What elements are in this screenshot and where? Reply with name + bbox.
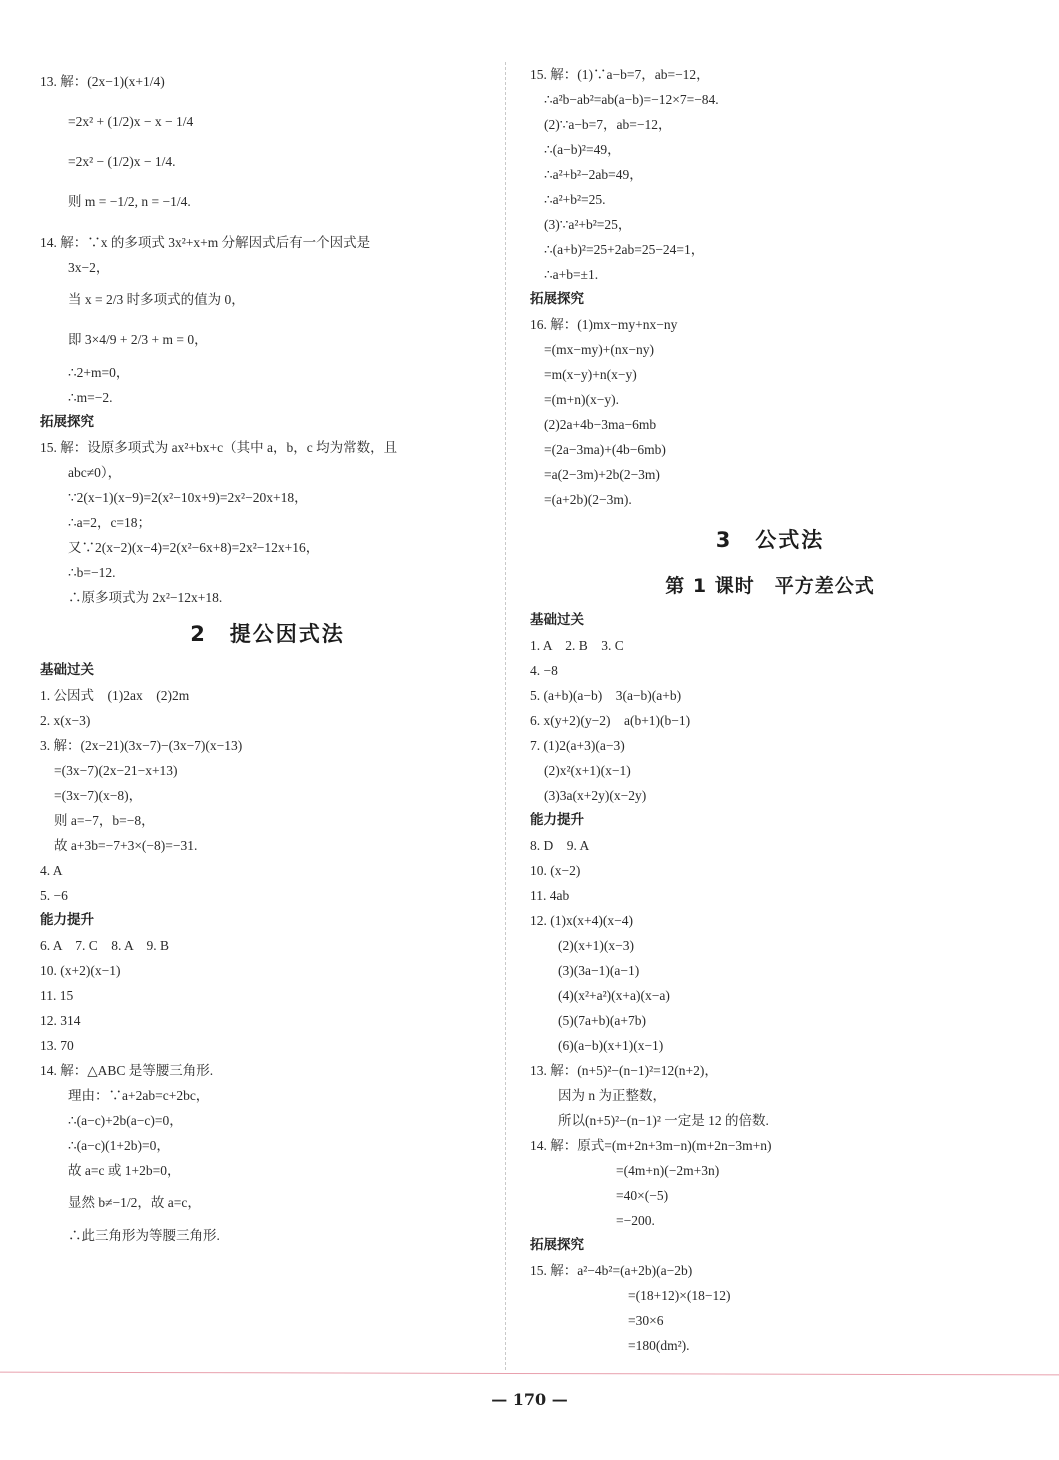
answer-line: 1. A 2. B 3. C (530, 633, 1010, 658)
answer-15-line: ∴(a−b)²=49， (530, 137, 1010, 162)
footer-rule (0, 1372, 1059, 1376)
section-heading-basic: 基础过关 (40, 658, 495, 683)
chapter-title: 2 提公因式法 (40, 610, 495, 658)
answer-14-line: 3x−2， (40, 255, 495, 280)
answer-line: 12. 314 (40, 1008, 495, 1033)
answer-line: (3)(3a−1)(a−1) (530, 958, 1010, 983)
answer-line: (4)(x²+a²)(x+a)(x−a) (530, 983, 1010, 1008)
answer-line: 6. x(y+2)(y−2) a(b+1)(b−1) (530, 708, 1010, 733)
page-number: — 170 — (0, 1390, 1059, 1409)
answer-14b-line: 故 a=c 或 1+2b=0， (40, 1158, 495, 1183)
answer-line: (6)(a−b)(x+1)(x−1) (530, 1033, 1010, 1058)
answer-3-line: =(3x−7)(x−8)， (40, 783, 495, 808)
answer-line: 4. A (40, 858, 495, 883)
answer-14-line: 当 x = 2/3 时多项式的值为 0， (40, 280, 495, 320)
answer-16-line: =a(2−3m)+2b(2−3m) (530, 462, 1010, 487)
answer-line: 5. (a+b)(a−b) 3(a−b)(a+b) (530, 683, 1010, 708)
answer-14b-line: ∴(a−c)(1+2b)=0， (40, 1133, 495, 1158)
answer-15b-line: =(18+12)×(18−12) (530, 1283, 1010, 1308)
answer-14-line: 14. 解：原式=(m+2n+3m−n)(m+2n−3m+n) (530, 1133, 1010, 1158)
answer-line: 10. (x+2)(x−1) (40, 958, 495, 983)
section-heading-ability: 能力提升 (530, 808, 1010, 833)
answer-16-line: =(2a−3ma)+(4b−6mb) (530, 437, 1010, 462)
answer-14-line: ∴m=−2. (40, 385, 495, 410)
answer-14-line: 即 3×4/9 + 2/3 + m = 0， (40, 320, 495, 360)
answer-3-line: 则 a=−7，b=−8， (40, 808, 495, 833)
answer-16-line: 16. 解：(1)mx−my+nx−ny (530, 312, 1010, 337)
answer-15-line: 又∵2(x−2)(x−4)=2(x²−6x+8)=2x²−12x+16， (40, 535, 495, 560)
answer-13-line: 则 m = −1/2, n = −1/4. (40, 182, 495, 222)
answer-16-line: =(m+n)(x−y). (530, 387, 1010, 412)
chapter-title: 3 公式法 (530, 516, 1010, 564)
section-heading-extend: 拓展探究 (530, 287, 1010, 312)
answer-16-line: =(a+2b)(2−3m). (530, 487, 1010, 512)
section-heading-ability: 能力提升 (40, 908, 495, 933)
answer-line: 4. −8 (530, 658, 1010, 683)
answer-14-line: =(4m+n)(−2m+3n) (530, 1158, 1010, 1183)
answer-16-line: =m(x−y)+n(x−y) (530, 362, 1010, 387)
answer-15-line: ∵2(x−1)(x−9)=2(x²−10x+9)=2x²−20x+18， (40, 485, 495, 510)
answer-line: 11. 4ab (530, 883, 1010, 908)
answer-line: 1. 公因式 (1)2ax (2)2m (40, 683, 495, 708)
answer-line: 12. (1)x(x+4)(x−4) (530, 908, 1010, 933)
answer-15-line: 15. 解：(1)∵a−b=7，ab=−12， (530, 62, 1010, 87)
answer-line: 2. x(x−3) (40, 708, 495, 733)
column-divider (505, 62, 506, 1370)
right-column: 15. 解：(1)∵a−b=7，ab=−12， ∴a²b−ab²=ab(a−b)… (530, 62, 1010, 1358)
answer-line: (2)x²(x+1)(x−1) (530, 758, 1010, 783)
answer-line: 11. 15 (40, 983, 495, 1008)
answer-13-line: 13. 解：(2x−1)(x+1/4) (40, 62, 495, 102)
answer-13-line: 13. 解：(n+5)²−(n−1)²=12(n+2)， (530, 1058, 1010, 1083)
section-heading-extend: 拓展探究 (530, 1233, 1010, 1258)
answer-14-line: 14. 解：∵x 的多项式 3x²+x+m 分解因式后有一个因式是 (40, 230, 495, 255)
answer-15-line: ∴(a+b)²=25+2ab=25−24=1， (530, 237, 1010, 262)
answer-15-line: ∴原多项式为 2x²−12x+18. (40, 585, 495, 610)
answer-15b-line: =30×6 (530, 1308, 1010, 1333)
answer-line: 7. (1)2(a+3)(a−3) (530, 733, 1010, 758)
answer-14b-line: 14. 解：△ABC 是等腰三角形. (40, 1058, 495, 1083)
answer-14b-line: 显然 b≠−1/2，故 a=c， (40, 1183, 495, 1223)
answer-14-line: =−200. (530, 1208, 1010, 1233)
answer-14-line: ∴2+m=0， (40, 360, 495, 385)
section-heading-extend: 拓展探究 (40, 410, 495, 435)
answer-15-line: (3)∵a²+b²=25， (530, 212, 1010, 237)
answer-15-line: ∴a+b=±1. (530, 262, 1010, 287)
left-column: 13. 解：(2x−1)(x+1/4) =2x² + (1/2)x − x − … (40, 62, 495, 1248)
answer-15b-line: =180(dm²). (530, 1333, 1010, 1358)
answer-15-line: ∴a²+b²−2ab=49， (530, 162, 1010, 187)
answer-3-line: 3. 解：(2x−21)(3x−7)−(3x−7)(x−13) (40, 733, 495, 758)
answer-line: 10. (x−2) (530, 858, 1010, 883)
answer-line: 13. 70 (40, 1033, 495, 1058)
answer-13-line: 所以(n+5)²−(n−1)² 一定是 12 的倍数. (530, 1108, 1010, 1133)
answer-14b-line: ∴此三角形为等腰三角形. (40, 1223, 495, 1248)
answer-15-line: (2)∵a−b=7，ab=−12， (530, 112, 1010, 137)
answer-14-line: =40×(−5) (530, 1183, 1010, 1208)
answer-13-line: 因为 n 为正整数， (530, 1083, 1010, 1108)
answer-15-line: 15. 解：设原多项式为 ax²+bx+c（其中 a，b，c 均为常数，且 (40, 435, 495, 460)
answer-14b-line: ∴(a−c)+2b(a−c)=0， (40, 1108, 495, 1133)
answer-15-line: ∴a²b−ab²=ab(a−b)=−12×7=−84. (530, 87, 1010, 112)
answer-16-line: (2)2a+4b−3ma−6mb (530, 412, 1010, 437)
answer-13-line: =2x² + (1/2)x − x − 1/4 (40, 102, 495, 142)
answer-16-line: =(mx−my)+(nx−ny) (530, 337, 1010, 362)
lesson-title: 第 1 课时 平方差公式 (530, 564, 1010, 608)
answer-13-line: =2x² − (1/2)x − 1/4. (40, 142, 495, 182)
answer-15-line: ∴a=2，c=18； (40, 510, 495, 535)
answer-line: (3)3a(x+2y)(x−2y) (530, 783, 1010, 808)
answer-3-line: 故 a+3b=−7+3×(−8)=−31. (40, 833, 495, 858)
answer-14b-line: 理由：∵a+2ab=c+2bc， (40, 1083, 495, 1108)
answer-15b-line: 15. 解：a²−4b²=(a+2b)(a−2b) (530, 1258, 1010, 1283)
answer-line: 8. D 9. A (530, 833, 1010, 858)
answer-line: (5)(7a+b)(a+7b) (530, 1008, 1010, 1033)
answer-line: 5. −6 (40, 883, 495, 908)
answer-3-line: =(3x−7)(2x−21−x+13) (40, 758, 495, 783)
section-heading-basic: 基础过关 (530, 608, 1010, 633)
answer-line: 6. A 7. C 8. A 9. B (40, 933, 495, 958)
answer-15-line: ∴a²+b²=25. (530, 187, 1010, 212)
answer-15-line: ∴b=−12. (40, 560, 495, 585)
answer-15-line: abc≠0）， (40, 460, 495, 485)
answer-line: (2)(x+1)(x−3) (530, 933, 1010, 958)
